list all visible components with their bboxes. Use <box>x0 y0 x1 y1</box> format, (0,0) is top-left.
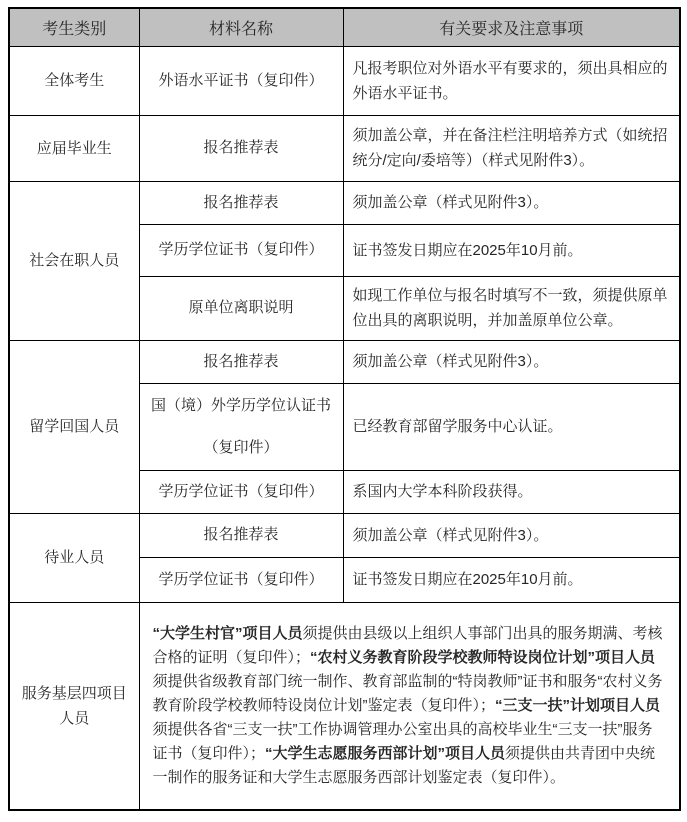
table-row: 应届毕业生 报名推荐表 须加盖公章，并在备注栏注明培养方式（如统招统分/定向/委… <box>9 115 680 181</box>
table-row: 留学回国人员 报名推荐表 须加盖公章（样式见附件3）。 <box>9 340 680 383</box>
requirement-cell: 系国内大学本科阶段获得。 <box>343 470 680 513</box>
table-header-row: 考生类别 材料名称 有关要求及注意事项 <box>9 8 680 46</box>
note-segment-bold: “农村义务教育阶段学校教师特设岗位计划”项目人员 <box>310 649 655 666</box>
requirement-cell: 凡报考职位对外语水平有要求的，须出具相应的外语水平证书。 <box>343 46 680 115</box>
requirement-cell: 须加盖公章（样式见附件3）。 <box>343 181 680 224</box>
requirement-cell: 须加盖公章（样式见附件3）。 <box>343 513 680 557</box>
merged-note-cell: “大学生村官”项目人员须提供由县级以上组织人事部门出具的服务期满、考核合格的证明… <box>139 602 680 810</box>
material-cell: 报名推荐表 <box>139 340 343 383</box>
document-page: 考生类别 材料名称 有关要求及注意事项 全体考生 外语水平证书（复印件） 凡报考… <box>0 0 687 822</box>
materials-requirements-table: 考生类别 材料名称 有关要求及注意事项 全体考生 外语水平证书（复印件） 凡报考… <box>8 7 681 811</box>
note-segment-bold: “大学生村官”项目人员 <box>153 625 303 642</box>
header-candidate-category: 考生类别 <box>9 8 139 46</box>
requirement-cell: 须加盖公章，并在备注栏注明培养方式（如统招统分/定向/委培等）（样式见附件3）。 <box>343 115 680 181</box>
material-cell: 报名推荐表 <box>139 115 343 181</box>
category-cell: 服务基层四项目 人员 <box>9 602 139 810</box>
material-cell: 报名推荐表 <box>139 513 343 557</box>
table-row: 待业人员 报名推荐表 须加盖公章（样式见附件3）。 <box>9 513 680 557</box>
category-cell: 应届毕业生 <box>9 115 139 181</box>
note-segment-bold: “三支一扶”计划项目人员 <box>495 697 660 714</box>
requirement-cell: 证书签发日期应在2025年10月前。 <box>343 557 680 602</box>
header-requirements-notes: 有关要求及注意事项 <box>343 8 680 46</box>
material-cell: 原单位离职说明 <box>139 276 343 340</box>
table-row: 服务基层四项目 人员 “大学生村官”项目人员须提供由县级以上组织人事部门出具的服… <box>9 602 680 810</box>
requirement-cell: 证书签发日期应在2025年10月前。 <box>343 224 680 276</box>
material-cell: 报名推荐表 <box>139 181 343 224</box>
material-cell: 学历学位证书（复印件） <box>139 224 343 276</box>
header-material-name: 材料名称 <box>139 8 343 46</box>
category-cell: 待业人员 <box>9 513 139 602</box>
category-cell: 留学回国人员 <box>9 340 139 513</box>
material-cell: 外语水平证书（复印件） <box>139 46 343 115</box>
category-cell: 全体考生 <box>9 46 139 115</box>
requirement-cell: 如现工作单位与报名时填写不一致，须提供原单位出具的离职说明，并加盖原单位公章。 <box>343 276 680 340</box>
material-cell: 学历学位证书（复印件） <box>139 470 343 513</box>
category-cell: 社会在职人员 <box>9 181 139 340</box>
material-cell: 国（境）外学历学位认证书（复印件） <box>139 383 343 470</box>
material-cell: 学历学位证书（复印件） <box>139 557 343 602</box>
note-segment-bold: “大学生志愿服务西部计划”项目人员 <box>265 745 505 762</box>
requirement-cell: 须加盖公章（样式见附件3）。 <box>343 340 680 383</box>
requirement-cell: 已经教育部留学服务中心认证。 <box>343 383 680 470</box>
table-row: 社会在职人员 报名推荐表 须加盖公章（样式见附件3）。 <box>9 181 680 224</box>
table-row: 全体考生 外语水平证书（复印件） 凡报考职位对外语水平有要求的，须出具相应的外语… <box>9 46 680 115</box>
